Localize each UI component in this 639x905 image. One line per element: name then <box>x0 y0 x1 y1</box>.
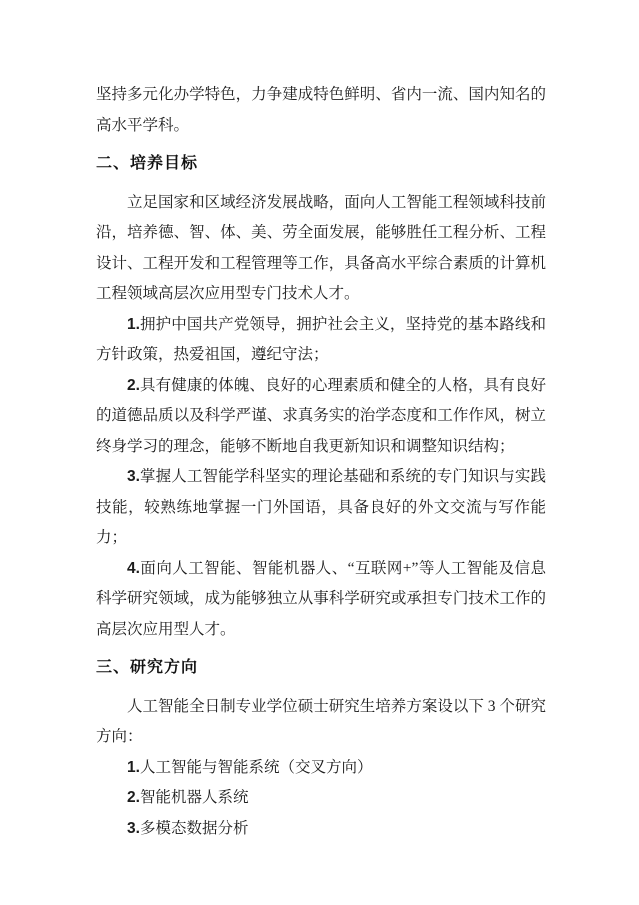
numbered-item-direction-1: 1.人工智能与智能系统（交叉方向） <box>96 753 546 784</box>
item-number: 4. <box>127 560 140 577</box>
item-text: 具有健康的体魄、良好的心理素质和健全的人格，具有良好的道德品质以及科学严谨、求真… <box>96 377 546 455</box>
item-text: 多模态数据分析 <box>140 820 249 837</box>
numbered-item-goal-1: 1.拥护中国共产党领导，拥护社会主义，坚持党的基本路线和方针政策，热爱祖国，遵纪… <box>96 310 546 371</box>
item-text: 智能机器人系统 <box>140 789 249 806</box>
item-number: 1. <box>127 316 140 333</box>
paragraph-goals-intro: 立足国家和区域经济发展战略，面向人工智能工程领域科技前沿，培养德、智、体、美、劳… <box>96 188 546 310</box>
numbered-item-goal-4: 4.面向人工智能、智能机器人、“互联网+”等人工智能及信息科学研究领域，成为能够… <box>96 554 546 646</box>
numbered-item-direction-3: 3.多模态数据分析 <box>96 814 546 845</box>
numbered-item-goal-3: 3.掌握人工智能学科坚实的理论基础和系统的专门知识与实践技能，较熟练地掌握一门外… <box>96 462 546 554</box>
section-heading-research-directions: 三、研究方向 <box>96 653 546 684</box>
item-text: 面向人工智能、智能机器人、“互联网+”等人工智能及信息科学研究领域，成为能够独立… <box>96 560 546 638</box>
item-number: 2. <box>127 789 140 806</box>
item-number: 1. <box>127 759 140 776</box>
item-text: 人工智能与智能系统（交叉方向） <box>140 759 373 776</box>
numbered-item-goal-2: 2.具有健康的体魄、良好的心理素质和健全的人格，具有良好的道德品质以及科学严谨、… <box>96 371 546 463</box>
numbered-item-direction-2: 2.智能机器人系统 <box>96 783 546 814</box>
paragraph-continuation: 坚持多元化办学特色，力争建成特色鲜明、省内一流、国内知名的高水平学科。 <box>96 80 546 141</box>
item-number: 3. <box>127 820 140 837</box>
item-text: 掌握人工智能学科坚实的理论基础和系统的专门知识与实践技能，较熟练地掌握一门外国语… <box>96 468 546 546</box>
paragraph-directions-intro: 人工智能全日制专业学位硕士研究生培养方案设以下 3 个研究方向： <box>96 692 546 753</box>
item-number: 2. <box>127 377 140 394</box>
item-text: 拥护中国共产党领导，拥护社会主义，坚持党的基本路线和方针政策，热爱祖国，遵纪守法… <box>96 316 546 364</box>
document-page: 坚持多元化办学特色，力争建成特色鲜明、省内一流、国内知名的高水平学科。 二、培养… <box>0 0 639 905</box>
document-body-text: 坚持多元化办学特色，力争建成特色鲜明、省内一流、国内知名的高水平学科。 二、培养… <box>96 80 546 844</box>
item-number: 3. <box>127 468 140 485</box>
section-heading-training-goals: 二、培养目标 <box>96 149 546 180</box>
